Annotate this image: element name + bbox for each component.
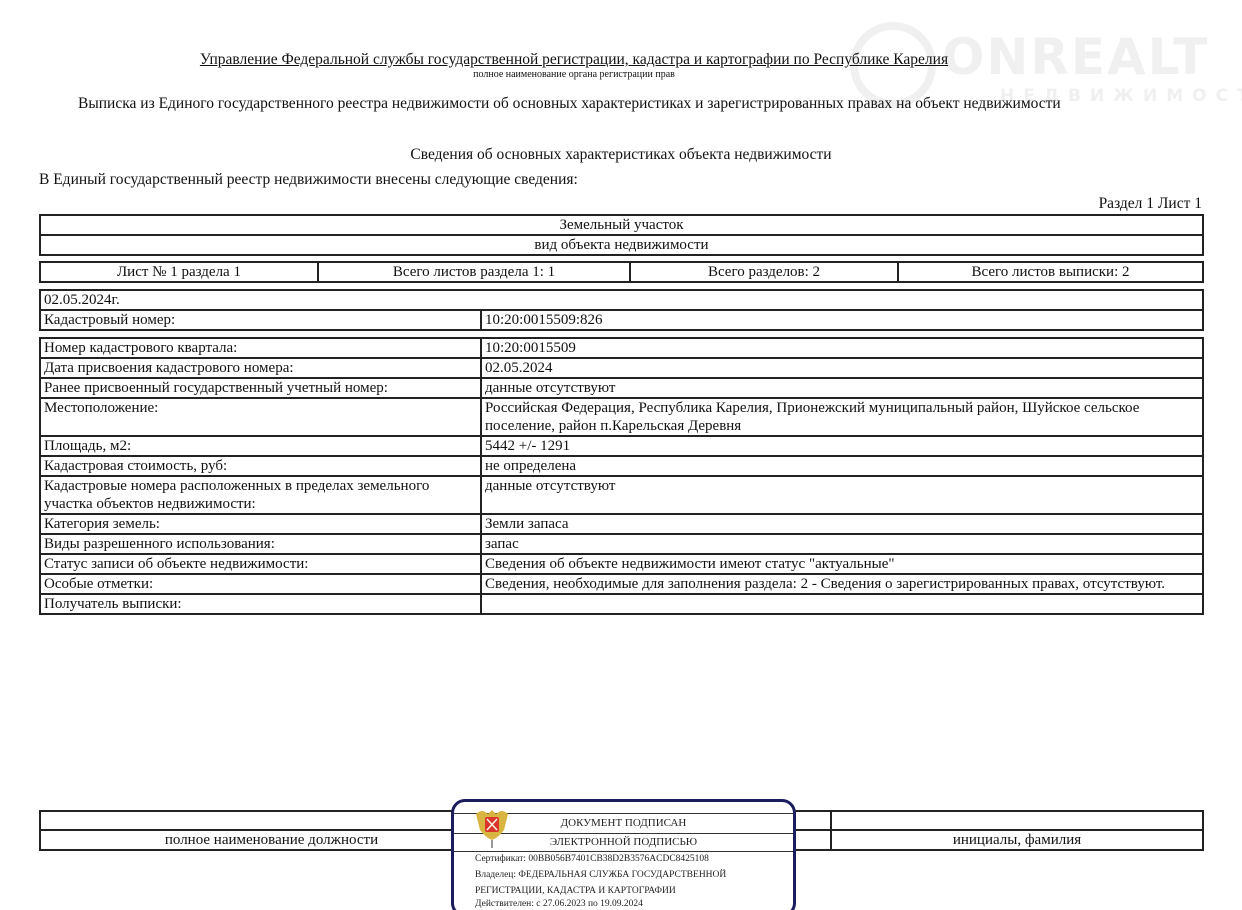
field-label: Получатель выписки:: [40, 594, 481, 614]
field-label: Ранее присвоенный государственный учетны…: [40, 378, 481, 398]
field-label: Статус записи об объекте недвижимости:: [40, 554, 481, 574]
intro-text: В Единый государственный реестр недвижим…: [39, 171, 578, 189]
object-kind-caption: вид объекта недвижимости: [40, 235, 1203, 255]
table-row: Статус записи об объекте недвижимости:Св…: [40, 554, 1203, 574]
organization-caption: полное наименование органа регистрации п…: [0, 69, 1148, 80]
field-label: Виды разрешенного использования:: [40, 534, 481, 554]
field-value: Земли запаса: [481, 514, 1203, 534]
table-row: Ранее присвоенный государственный учетны…: [40, 378, 1203, 398]
field-value: данные отсутствуют: [481, 378, 1203, 398]
field-value: данные отсутствуют: [481, 476, 1203, 514]
sheet-reference: Раздел 1 Лист 1: [1099, 195, 1202, 213]
field-value: 10:20:0015509: [481, 338, 1203, 358]
position-field: [40, 811, 503, 830]
object-kind-table: Земельный участок вид объекта недвижимос…: [39, 214, 1204, 256]
field-value: 02.05.2024: [481, 358, 1203, 378]
field-value: [481, 594, 1203, 614]
stamp-owner-line1: Владелец: ФЕДЕРАЛЬНАЯ СЛУЖБА ГОСУДАРСТВЕ…: [475, 870, 726, 880]
table-row: Особые отметки:Сведения, необходимые для…: [40, 574, 1203, 594]
table-row: Дата присвоения кадастрового номера:02.0…: [40, 358, 1203, 378]
extract-sheets-total: Всего листов выписки: 2: [898, 262, 1203, 282]
position-caption: полное наименование должности: [40, 830, 503, 850]
field-label: Особые отметки:: [40, 574, 481, 594]
table-row: Местоположение:Российская Федерация, Рес…: [40, 398, 1203, 436]
section-title: Сведения об основных характеристиках объ…: [0, 146, 1242, 164]
table-row: Виды разрешенного использования:запас: [40, 534, 1203, 554]
table-row: Категория земель:Земли запаса: [40, 514, 1203, 534]
table-row: Кадастровая стоимость, руб:не определена: [40, 456, 1203, 476]
table-row: Получатель выписки:: [40, 594, 1203, 614]
document-title: Выписка из Единого государственного реес…: [78, 95, 1061, 113]
field-label: Категория земель:: [40, 514, 481, 534]
field-value: Сведения об объекте недвижимости имеют с…: [481, 554, 1203, 574]
field-value: не определена: [481, 456, 1203, 476]
object-kind-value: Земельный участок: [40, 215, 1203, 235]
characteristics-table: Номер кадастрового квартала:10:20:001550…: [39, 337, 1204, 615]
field-label: Дата присвоения кадастрового номера:: [40, 358, 481, 378]
field-label: Площадь, м2:: [40, 436, 481, 456]
field-value: 5442 +/- 1291: [481, 436, 1203, 456]
field-value: Сведения, необходимые для заполнения раз…: [481, 574, 1203, 594]
sections-total: Всего разделов: 2: [630, 262, 898, 282]
field-label: Номер кадастрового квартала:: [40, 338, 481, 358]
table-row: Площадь, м2:5442 +/- 1291: [40, 436, 1203, 456]
stamp-certificate: Сертификат: 00BB056B7401CB38D2B3576ACDC8…: [475, 854, 709, 864]
name-field: [831, 811, 1203, 830]
section-sheets-total: Всего листов раздела 1: 1: [318, 262, 630, 282]
organization-name: Управление Федеральной службы государств…: [0, 51, 1148, 69]
field-value: Российская Федерация, Республика Карелия…: [481, 398, 1203, 436]
record-date: 02.05.2024г.: [40, 290, 1203, 310]
electronic-signature-stamp: ДОКУМЕНТ ПОДПИСАН ЭЛЕКТРОННОЙ ПОДПИСЬЮ С…: [451, 799, 796, 910]
sheet-info-table: Лист № 1 раздела 1 Всего листов раздела …: [39, 261, 1204, 283]
stamp-title-line2: ЭЛЕКТРОННОЙ ПОДПИСЬЮ: [454, 836, 793, 848]
field-value: запас: [481, 534, 1203, 554]
stamp-owner-line2: РЕГИСТРАЦИИ, КАДАСТРА И КАРТОГРАФИИ: [475, 886, 676, 896]
cadastral-number-value: 10:20:0015509:826: [481, 310, 1203, 330]
record-head-table: 02.05.2024г. Кадастровый номер: 10:20:00…: [39, 289, 1204, 331]
name-caption: инициалы, фамилия: [831, 830, 1203, 850]
table-row: Кадастровые номера расположенных в преде…: [40, 476, 1203, 514]
table-row: Номер кадастрового квартала:10:20:001550…: [40, 338, 1203, 358]
stamp-validity: Действителен: с 27.06.2023 по 19.09.2024: [475, 899, 643, 909]
stamp-title-line1: ДОКУМЕНТ ПОДПИСАН: [454, 817, 793, 829]
cadastral-number-label: Кадастровый номер:: [40, 310, 481, 330]
sheet-number: Лист № 1 раздела 1: [40, 262, 318, 282]
field-label: Местоположение:: [40, 398, 481, 436]
field-label: Кадастровая стоимость, руб:: [40, 456, 481, 476]
field-label: Кадастровые номера расположенных в преде…: [40, 476, 481, 514]
